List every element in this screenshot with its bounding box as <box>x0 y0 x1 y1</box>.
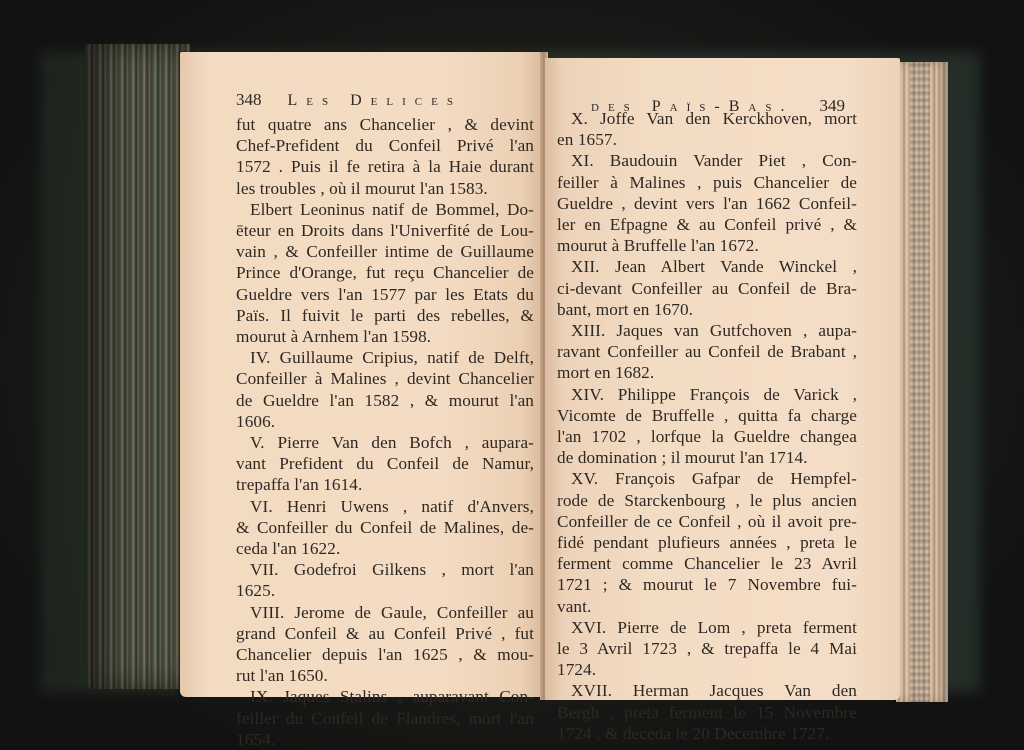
text-line: les troubles , où il mourut l'an 1583. <box>236 178 534 199</box>
text-line: fut quatre ans Chancelier , & devint <box>236 114 534 135</box>
text-line: mourut à Bruffelle l'an 1672. <box>557 235 857 256</box>
text-line: VI. Henri Uwens , natif d'Anvers, <box>236 496 534 517</box>
text-line: vain , & Confeiller intime de Guillaume <box>236 241 534 262</box>
text-line: ler en Efpagne & au Confeil privé , & <box>557 214 857 235</box>
left-page-number: 348 <box>236 90 262 109</box>
text-line: 1724. <box>557 659 857 680</box>
text-line: 1724 , & deceda le 20 Decembre 1727. <box>557 723 857 744</box>
text-line: ēteur en Droits dans l'Univerfité de Lou… <box>236 220 534 241</box>
text-line: feiller du Confeil de Flandres, mort l'a… <box>236 708 534 729</box>
text-line: mort en 1682. <box>557 362 857 383</box>
text-line: X. Joffe Van den Kerckhoven, mort <box>557 108 857 129</box>
text-line: XVII. Herman Jacques Van den <box>557 680 857 701</box>
text-line: Païs. Il fuivit le parti des rebelles, & <box>236 305 534 326</box>
text-line: XIV. Philippe François de Varick , <box>557 384 857 405</box>
text-line: Vicomte de Bruffelle , quitta fa charge <box>557 405 857 426</box>
text-line: ci-devant Confeiller au Confeil de Bra- <box>557 278 857 299</box>
text-line: 1572 . Puis il fe retira à la Haie duran… <box>236 156 534 177</box>
text-line: vant Prefident du Confeil de Namur, <box>236 453 534 474</box>
text-line: XI. Baudouin Vander Piet , Con- <box>557 150 857 171</box>
left-page-edges <box>85 44 190 689</box>
text-line: & Confeiller du Confeil de Malines, de- <box>236 517 534 538</box>
text-line: le 3 Avril 1723 , & trepaffa le 4 Mai <box>557 638 857 659</box>
text-line: 1721 ; & mourut le 7 Novembre fui- <box>557 574 857 595</box>
text-line: Prince d'Orange, fut reçu Chancelier de <box>236 262 534 283</box>
text-line: Chancelier depuis l'an 1625 , & mou- <box>236 644 534 665</box>
text-line: 1606. <box>236 411 534 432</box>
left-running-title: Les Delices <box>288 92 462 109</box>
text-line: de domination ; il mourut l'an 1714. <box>557 447 857 468</box>
text-line: XIII. Jaques van Gutfchoven , aupa- <box>557 320 857 341</box>
text-line: feiller à Malines , puis Chancelier de <box>557 172 857 193</box>
text-line: Confeiller de ce Confeil , où il avoit p… <box>557 511 857 532</box>
text-line: fidé pendant plufieurs années , preta le <box>557 532 857 553</box>
text-line: l'an 1702 , lorfque la Gueldre changea <box>557 426 857 447</box>
text-line: Gueldre , devint vers l'an 1662 Confeil- <box>557 193 857 214</box>
right-page-edges <box>896 62 948 702</box>
text-line: mourut à Arnhem l'an 1598. <box>236 326 534 347</box>
text-line: ravant Confeiller au Confeil de Brabant … <box>557 341 857 362</box>
text-line: grand Confeil & au Confeil Privé , fut <box>236 623 534 644</box>
text-line: vant. <box>557 596 857 617</box>
text-line: ceda l'an 1622. <box>236 538 534 559</box>
text-line: V. Pierre Van den Bofch , aupara- <box>236 432 534 453</box>
left-page-text: fut quatre ans Chancelier , & devint Che… <box>236 114 534 750</box>
left-page: 348 Les Delices fut quatre ans Chancelie… <box>180 52 543 697</box>
text-line: XV. François Gafpar de Hempfel- <box>557 468 857 489</box>
text-line: Bergh , preta ferment le 15 Novembre <box>557 702 857 723</box>
text-line: ferment comme Chancelier le 23 Avril <box>557 553 857 574</box>
text-line: bant, mort en 1670. <box>557 299 857 320</box>
text-line: IX. Jaques Stalins , auparavant Con- <box>236 686 534 707</box>
text-line: 1654. <box>236 729 534 750</box>
text-line: IV. Guillaume Cripius, natif de Delft, <box>236 347 534 368</box>
text-line: 1625. <box>236 580 534 601</box>
text-line: XVI. Pierre de Lom , preta ferment <box>557 617 857 638</box>
text-line: de Gueldre l'an 1582 , & mourut l'an <box>236 390 534 411</box>
text-line: XII. Jean Albert Vande Winckel , <box>557 256 857 277</box>
text-line: VIII. Jerome de Gaule, Confeiller au <box>236 602 534 623</box>
text-line: en 1657. <box>557 129 857 150</box>
left-running-head: 348 Les Delices <box>236 90 462 110</box>
text-line: Confeiller à Malines , devint Chancelier <box>236 368 534 389</box>
right-page: des Païs-Bas. 349 X. Joffe Van den Kerck… <box>545 58 900 700</box>
right-page-text: X. Joffe Van den Kerckhoven, mort en 165… <box>557 108 857 744</box>
text-line: VII. Godefroi Gilkens , mort l'an <box>236 559 534 580</box>
text-line: trepaffa l'an 1614. <box>236 474 534 495</box>
text-line: rut l'an 1650. <box>236 665 534 686</box>
text-line: Chef-Prefident du Confeil Privé l'an <box>236 135 534 156</box>
text-line: rode de Starckenbourg , le plus ancien <box>557 490 857 511</box>
text-line: Gueldre vers l'an 1577 par les Etats du <box>236 284 534 305</box>
text-line: Elbert Leoninus natif de Bommel, Do- <box>236 199 534 220</box>
